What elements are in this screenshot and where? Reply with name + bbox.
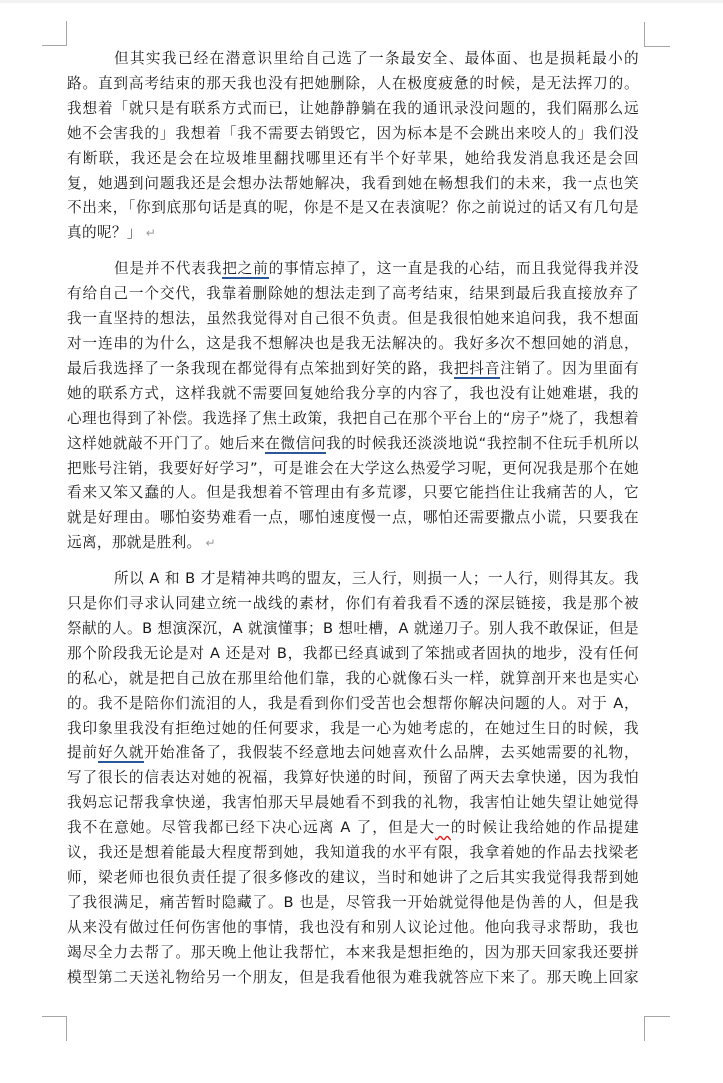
- text-segment: 的时候让我给她的作品提建: [451, 819, 639, 836]
- paragraph[interactable]: 但是并不代表我把之前的事情忘掉了，这一直是我的心结，而且我觉得我并没有给自己一个…: [67, 257, 639, 556]
- text-segment: 注销了。因为里面有: [500, 360, 639, 377]
- crop-mark-bottom-right: [644, 1016, 670, 1041]
- text-line: 了我很满足，痛苦暂时隐藏了。B 也是，尽管我一开始就觉得他是伪善的人，但是我: [67, 891, 639, 916]
- text-line: 那个阶段我无论是对 A 还是对 B，我都已经真诚到了笨拙或者固执的地步，没有任何: [67, 642, 639, 667]
- text-line: 但是并不代表我把之前的事情忘掉了，这一直是我的心结，而且我觉得我并没: [67, 257, 639, 282]
- text-segment: 最后我选择了一条我现在都觉得有点笨拙到好笑的路，我: [67, 360, 454, 377]
- text-line: 但其实我已经在潜意识里给自己选了一条最安全、最体面、也是损耗最小的: [67, 47, 639, 72]
- text-line: 我一直坚持的想法，虽然我觉得对自己很不负责。但是我很怕她来追问我，我不想面: [67, 307, 639, 332]
- text-line: 不出来，「你到底那句话是真的呢，你是不是又在表演呢？你之前说过的话又有几句是: [67, 196, 639, 221]
- text-line: 师，梁老师也很负责任提了很多修改的建议，当时和她讲了之后其实我觉得我帮到她: [67, 866, 639, 891]
- text-line: 把账号注销，我要好好学习”，可是谁会在大学这么热爱学习呢，更何况我是那个在她: [67, 457, 639, 482]
- text-segment: 我的时候我还淡淡地说“我控制不住玩手机所以: [326, 435, 639, 452]
- text-line: 议，我还是想着能最大程度帮到她，我知道我的水平有限，我拿着她的作品去找梁老: [67, 841, 639, 866]
- crop-mark-top-right: [644, 22, 670, 47]
- text-segment: 我不在意她。尽管我都已经下决心远离 A 了，但是大: [67, 819, 435, 836]
- text-line: 远离，那就是胜利。↵: [67, 531, 639, 556]
- text-segment: 提前: [67, 744, 98, 761]
- grammar-suggestion-mark[interactable]: 把抖音: [454, 360, 500, 379]
- text-segment: 的事情忘掉了，这一直是我的心结，而且我觉得我并没: [269, 260, 639, 277]
- text-line: 的私心，就是把自己放在那里给他们靠，我的心就像石头一样，就算剖开来也是实心: [67, 667, 639, 692]
- text-line: 竭尽全力去帮了。那天晚上他让我帮忙，本来我是想拒绝的，因为那天回家我还要拼: [67, 941, 639, 966]
- text-line: 她的联系方式，这样我就不需要回复她给我分享的内容了，我也没有让她难堪，我的: [67, 382, 639, 407]
- text-line: 对一连串的为什么，这是我不想解决也是我无法解决的。我好多次不想回她的消息，: [67, 332, 639, 357]
- grammar-suggestion-mark[interactable]: 在微信问: [265, 435, 326, 454]
- spelling-error-mark[interactable]: 一: [435, 819, 451, 836]
- text-line: 只是你们寻求认同建立统一战线的素材，你们有着我看不透的深层链接，我是那个被: [67, 592, 639, 617]
- text-line: 就是好理由。哪怕姿势难看一点，哪怕速度慢一点，哪怕还需要撒点小谎，只要我在: [67, 506, 639, 531]
- text-line: 写了很长的信表达对她的祝福，我算好快递的时间，预留了两天去拿快递，因为我怕: [67, 766, 639, 791]
- text-line: 我妈忘记帮我拿快递，我害怕那天早晨她看不到我的礼物，我害怕让她失望让她觉得: [67, 791, 639, 816]
- text-line: 真的呢？」↵: [67, 221, 639, 246]
- text-line: 这样她就敲不开门了。她后来在微信问我的时候我还淡淡地说“我控制不住玩手机所以: [67, 432, 639, 457]
- text-line: 路。直到高考结束的那天我也没有把她删除，人在极度疲惫的时候，是无法挥刀的。: [67, 72, 639, 97]
- crop-mark-bottom-left: [42, 1016, 67, 1041]
- crop-mark-top-left: [42, 21, 67, 46]
- text-line: 有断联，我还是会在垃圾堆里翻找哪里还有半个好苹果，她给我发消息我还是会回: [67, 147, 639, 172]
- paragraph-mark-icon: ↵: [206, 536, 216, 550]
- text-segment: 但是并不代表我: [114, 260, 222, 277]
- text-line: 复，她遇到问题我还是会想办法帮她解决，我看到她在畅想我们的未来，我一点也笑: [67, 172, 639, 197]
- text-line: 心理也得到了补偿。我选择了焦土政策，我把自己在那个平台上的“房子”烧了，我想着: [67, 407, 639, 432]
- text-line: 祭献的人。B 想演深沉，A 就演懂事；B 想吐槽，A 就递刀子。别人我不敢保证，…: [67, 617, 639, 642]
- text-line: 有给自己一个交代，我靠着删除她的想法走到了高考结束，结果到最后我直接放弃了: [67, 282, 639, 307]
- text-line: 我印象里我没有拒绝过她的任何要求，我是一心为她考虑的，在她过生日的时候，我: [67, 717, 639, 742]
- text-line: 所以 A 和 B 才是精神共鸣的盟友，三人行，则损一人；一人行，则得其友。我: [67, 567, 639, 592]
- paragraph[interactable]: 但其实我已经在潜意识里给自己选了一条最安全、最体面、也是损耗最小的路。直到高考结…: [67, 47, 639, 246]
- text-line: 从来没有做过任何伤害他的事情，我也没有和别人议论过他。他向我寻求帮助，我也: [67, 916, 639, 941]
- paragraph-mark-icon: ↵: [146, 226, 156, 240]
- text-line: 我不在意她。尽管我都已经下决心远离 A 了，但是大一的时候让我给她的作品提建: [67, 816, 639, 841]
- text-line: 我想着「就只是有联系方式而已，让她静静躺在我的通讯录没问题的，我们隔那么远: [67, 97, 639, 122]
- text-line: 的。我不是陪你们流泪的人，我是看到你们受苦也会想帮你解决问题的人。对于 A，: [67, 692, 639, 717]
- text-line: 模型第二天送礼物给另一个朋友，但是我看他很为难我就答应下来了。那天晚上回家: [67, 966, 639, 991]
- grammar-suggestion-mark[interactable]: 把之前: [222, 260, 268, 279]
- text-line: 看来又笨又蠢的人。但是我想着不管理由有多荒谬，只要它能挡住让我痛苦的人，它: [67, 481, 639, 506]
- grammar-suggestion-mark[interactable]: 好久就: [98, 744, 144, 763]
- text-line: 她不会害我的」我想着「我不需要去销毁它，因为标本是不会跳出来咬人的」我们没: [67, 122, 639, 147]
- text-segment: 开始准备了，我假装不经意地去问她喜欢什么品牌，去买她需要的礼物，: [144, 744, 639, 761]
- paragraph[interactable]: 所以 A 和 B 才是精神共鸣的盟友，三人行，则损一人；一人行，则得其友。我只是…: [67, 567, 639, 990]
- text-line: 最后我选择了一条我现在都觉得有点笨拙到好笑的路，我把抖音注销了。因为里面有: [67, 357, 639, 382]
- document-body[interactable]: 但其实我已经在潜意识里给自己选了一条最安全、最体面、也是损耗最小的路。直到高考结…: [67, 47, 639, 1002]
- text-line: 提前好久就开始准备了，我假装不经意地去问她喜欢什么品牌，去买她需要的礼物，: [67, 741, 639, 766]
- window-top-edge: [0, 0, 723, 3]
- text-segment: 这样她就敲不开门了。她后来: [67, 435, 265, 452]
